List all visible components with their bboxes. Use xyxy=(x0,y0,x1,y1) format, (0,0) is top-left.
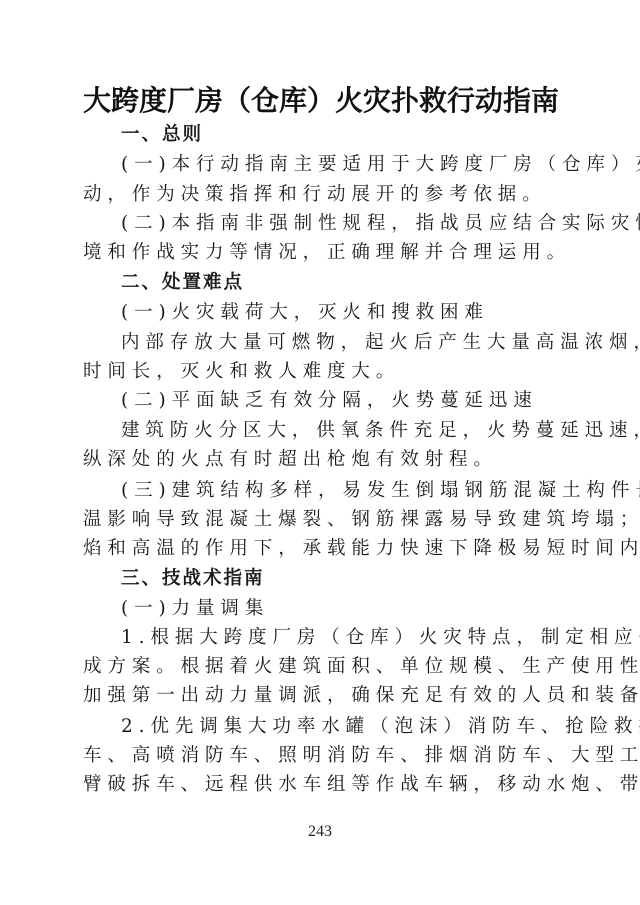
paragraph-line: (一)本行动指南主要适用于大跨度厂房（仓库）灭火救援行 xyxy=(83,150,557,180)
paragraph-line: 1.根据大跨度厂房（仓库）火灾特点，制定相应作战力量编 xyxy=(83,623,557,653)
paragraph-line: 内部存放大量可燃物，起火后产生大量高温浓烟，燃烧持续 xyxy=(83,328,557,358)
subheading-line: (二)平面缺乏有效分隔，火势蔓延迅速 xyxy=(83,386,557,416)
paragraph-line: 成方案。根据着火建筑面积、单位规模、生产使用性质等情况， xyxy=(83,652,557,682)
paragraph-line: 加强第一出动力量调派，确保充足有效的人员和装备到场施救。 xyxy=(83,681,557,711)
paragraph-line: 臂破拆车、远程供水车组等作战车辆，移动水炮、带架水枪、破 xyxy=(83,770,557,800)
paragraph-line: 境和作战实力等情况，正确理解并合理运用。 xyxy=(83,238,557,268)
paragraph-line: 建筑防火分区大，供氧条件充足，火势蔓延迅速，位于建筑 xyxy=(83,416,557,446)
subheading-line: (一)力量调集 xyxy=(83,594,557,624)
paragraph-line: 车、高喷消防车、照明消防车、排烟消防车、大型工程机械、强 xyxy=(83,741,557,771)
section-heading-tactics: 三、技战术指南 xyxy=(83,564,557,594)
subheading-line: (一)火灾载荷大，灭火和搜救困难 xyxy=(83,298,557,328)
paragraph-line: 焰和高温的作用下，承载能力快速下降极易短时间内变形垮塌。 xyxy=(83,534,557,564)
section-heading-general: 一、总则 xyxy=(83,120,557,150)
page-number: 243 xyxy=(0,823,640,841)
paragraph-line: 温影响导致混凝土爆裂、钢筋裸露易导致建筑垮塌；钢构件在火 xyxy=(83,505,557,535)
section-heading-difficulties: 二、处置难点 xyxy=(83,268,557,298)
paragraph-line: (三)建筑结构多样，易发生倒塌钢筋混凝土构件长时间受高 xyxy=(83,476,557,506)
paragraph-line: 2.优先调集大功率水罐（泡沫）消防车、抢险救援车、充气 xyxy=(83,712,557,742)
paragraph-line: (二)本指南非强制性规程，指战员应结合实际灾情、客观环 xyxy=(83,209,557,239)
paragraph-line: 动，作为决策指挥和行动展开的参考依据。 xyxy=(83,180,557,210)
paragraph-line: 时间长，灭火和救人难度大。 xyxy=(83,357,557,387)
document-title: 大跨度厂房（仓库）火灾扑救行动指南 xyxy=(83,80,557,122)
paragraph-line: 纵深处的火点有时超出枪炮有效射程。 xyxy=(83,445,557,475)
